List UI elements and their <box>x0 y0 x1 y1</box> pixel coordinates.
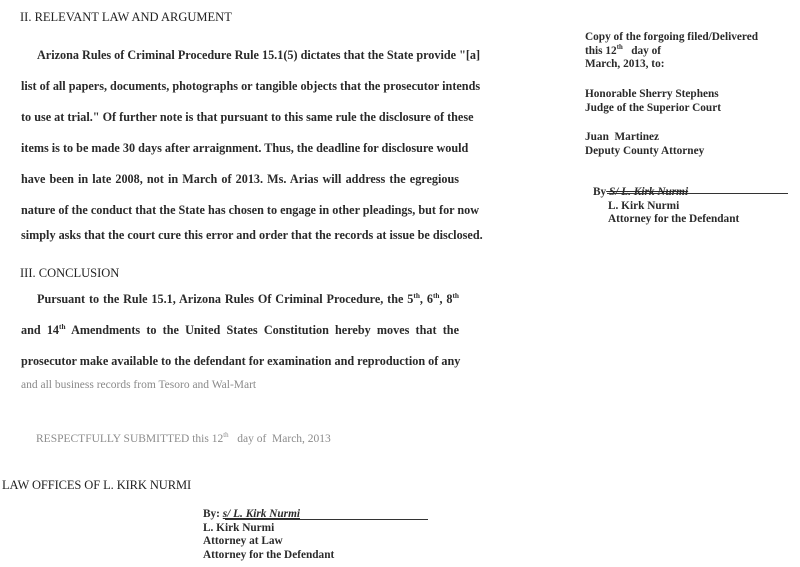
signature-block: By: s/ L. Kirk Nurmi L. Kirk Nurmi Attor… <box>203 508 428 562</box>
law-office-name: LAW OFFICES OF L. KIRK NURMI <box>2 478 191 493</box>
electronic-signature: S/ L. Kirk Nurmi <box>606 186 688 198</box>
copy-signer-name: L. Kirk Nurmi <box>593 200 788 214</box>
submitted-date: day of March, 2013 <box>229 433 331 445</box>
by-label: By: <box>203 508 223 520</box>
by-label: By <box>593 186 606 198</box>
section-ii-line-2: list of all papers, documents, photograp… <box>21 79 459 94</box>
signer-role: Attorney for the Defendant <box>203 549 428 563</box>
conclusion-line-2-text: and 14 <box>21 323 59 337</box>
conclusion-line-1-text: , 8 <box>439 292 452 306</box>
ordinal-suffix: th <box>453 291 460 300</box>
signature-line: By: s/ L. Kirk Nurmi <box>203 508 428 522</box>
section-ii-line-5: have been in late 2008, not in March of … <box>21 172 459 187</box>
conclusion-line-1-text: Pursuant to the Rule 15.1, Arizona Rules… <box>37 292 413 306</box>
section-ii-line-3: to use at trial." Of further note is tha… <box>21 110 459 125</box>
copy-signer-title: Attorney for the Defendant <box>593 213 788 227</box>
section-ii-line-1: Arizona Rules of Criminal Procedure Rule… <box>37 48 459 63</box>
recipient-prosecutor-name: Juan Martinez <box>585 131 704 145</box>
conclusion-line-1-text: , 6 <box>420 292 433 306</box>
recipient-prosecutor: Juan Martinez Deputy County Attorney <box>585 131 704 158</box>
signer-name: L. Kirk Nurmi <box>203 522 428 536</box>
copy-signature-block: By S/ L. Kirk Nurmi L. Kirk Nurmi Attorn… <box>593 186 788 227</box>
copy-notice: Copy of the forgoing filed/Delivered thi… <box>585 31 758 72</box>
conclusion-line-2: and 14th Amendments to the United States… <box>21 323 459 338</box>
copy-notice-day: this 12 <box>585 45 617 57</box>
recipient-judge-title: Judge of the Superior Court <box>585 102 721 116</box>
recipient-judge: Honorable Sherry Stephens Judge of the S… <box>585 88 721 115</box>
section-ii-heading: II. RELEVANT LAW AND ARGUMENT <box>20 10 232 25</box>
section-ii-line-7: simply asks that the court cure this err… <box>21 228 459 243</box>
signer-title: Attorney at Law <box>203 535 428 549</box>
copy-signature-line: By S/ L. Kirk Nurmi <box>593 186 788 200</box>
copy-notice-line-3: March, 2013, to: <box>585 58 758 72</box>
signature-rule <box>225 519 428 520</box>
copy-notice-line-2: this 12th day of <box>585 45 758 59</box>
recipient-prosecutor-title: Deputy County Attorney <box>585 145 704 159</box>
conclusion-line-2-text: Amendments to the United States Constitu… <box>66 323 459 337</box>
conclusion-line-4: and all business records from Tesoro and… <box>21 379 459 391</box>
conclusion-line-3: prosecutor make available to the defenda… <box>21 354 459 369</box>
copy-notice-day-of: day of <box>623 45 661 57</box>
section-ii-line-4: items is to be made 30 days after arraig… <box>21 141 459 156</box>
copy-notice-line-1: Copy of the forgoing filed/Delivered <box>585 31 758 45</box>
section-iii-heading: III. CONCLUSION <box>20 266 119 281</box>
section-ii-line-6: nature of the conduct that the State has… <box>21 203 459 218</box>
signature-rule <box>607 193 788 194</box>
respectfully-submitted: RESPECTFULLY SUBMITTED this 12th day of … <box>36 433 331 445</box>
submitted-text: RESPECTFULLY SUBMITTED this 12 <box>36 433 223 445</box>
recipient-judge-name: Honorable Sherry Stephens <box>585 88 721 102</box>
conclusion-line-1: Pursuant to the Rule 15.1, Arizona Rules… <box>37 292 459 307</box>
